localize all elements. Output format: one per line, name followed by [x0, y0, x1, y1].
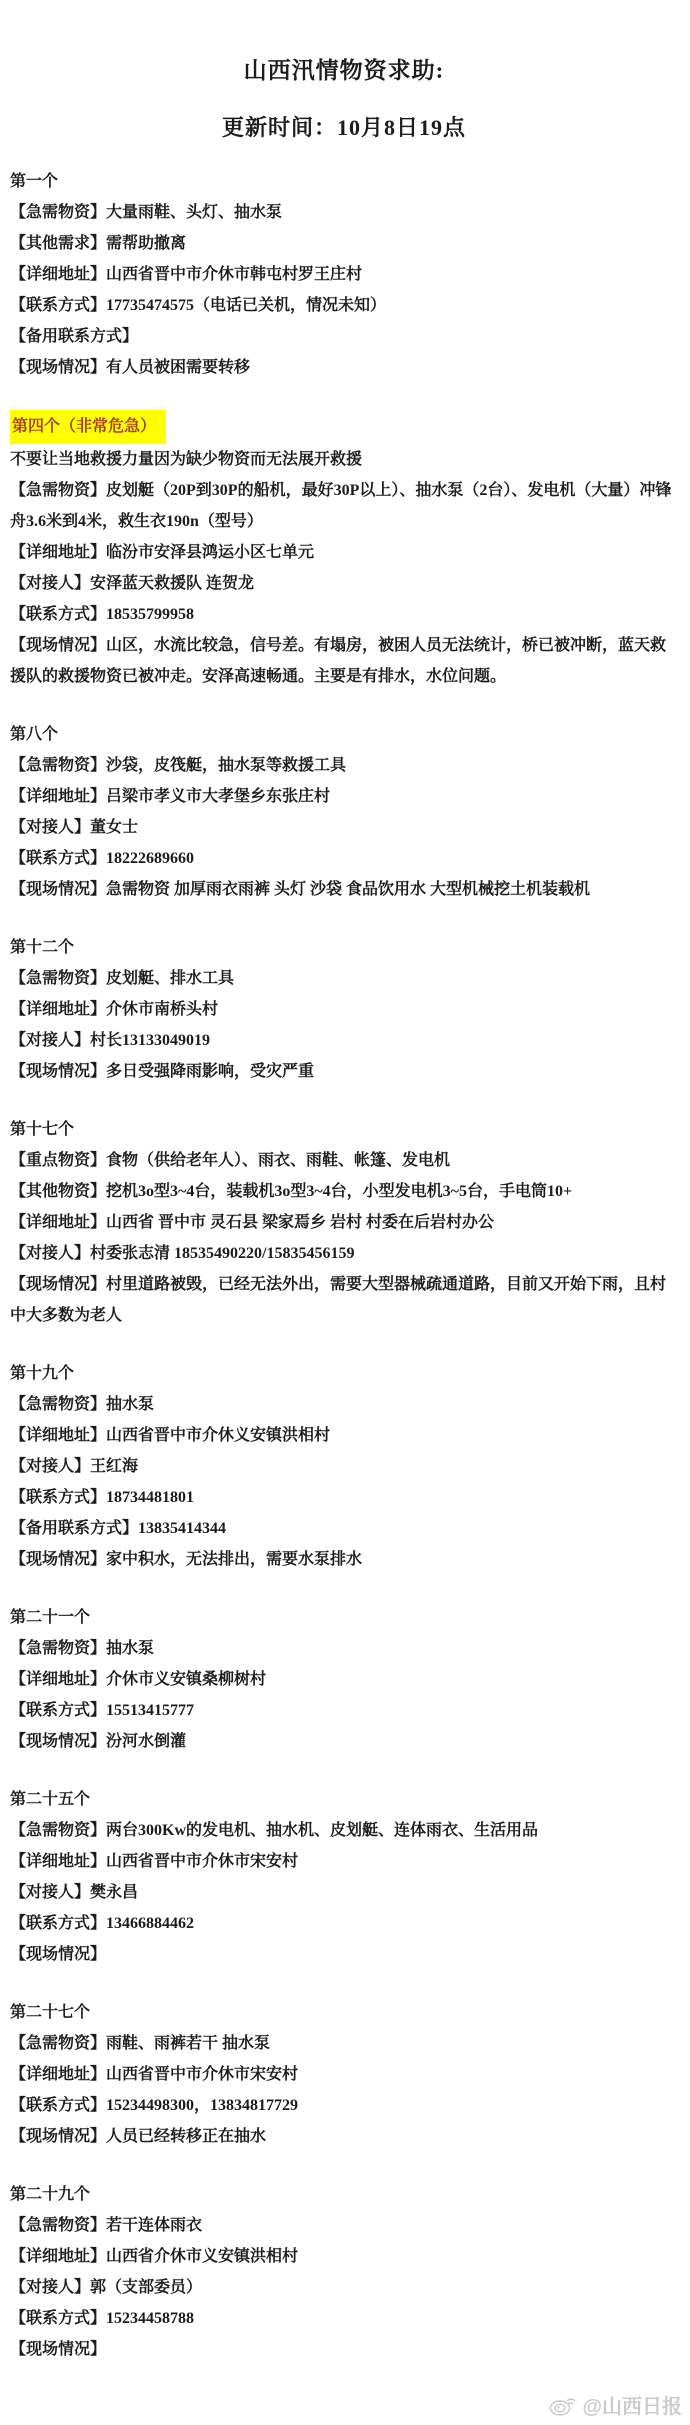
field-label: 【现场情况】	[10, 2128, 106, 2145]
field-label: 【急需物资】	[10, 2035, 106, 2052]
field-label: 【对接人】	[10, 1032, 90, 1049]
field-label: 【急需物资】	[10, 204, 106, 221]
field-line: 【详细地址】介休市南桥头村	[10, 994, 678, 1025]
field-line: 【急需物资】大量雨鞋、头灯、抽水泵	[10, 197, 678, 228]
field-value: 15234458788	[106, 2310, 194, 2327]
section-header: 第一个	[10, 166, 678, 197]
field-label: 【现场情况】	[10, 881, 106, 898]
section-header: 第二十七个	[10, 1997, 678, 2028]
field-line: 【详细地址】山西省晋中市介休市宋安村	[10, 2059, 678, 2090]
field-line: 【急需物资】抽水泵	[10, 1389, 678, 1420]
field-value: 抽水泵	[106, 1640, 154, 1657]
field-label: 【联系方式】	[10, 297, 106, 314]
field-value: 皮划艇、排水工具	[106, 970, 234, 987]
field-label: 【详细地址】	[10, 1671, 106, 1688]
sections: 第一个【急需物资】大量雨鞋、头灯、抽水泵【其他需求】需帮助撤离【详细地址】山西省…	[10, 166, 678, 2365]
field-label: 【急需物资】	[10, 1396, 106, 1413]
field-label: 【对接人】	[10, 1458, 90, 1475]
field-label: 【现场情况】	[10, 1063, 106, 1080]
field-value: 17735474575（电话已关机，情况未知）	[106, 297, 386, 314]
field-line: 【详细地址】山西省介休市义安镇洪相村	[10, 2241, 678, 2272]
field-line: 【对接人】村委张志清 18535490220/15835456159	[10, 1238, 678, 1269]
field-line: 【急需物资】抽水泵	[10, 1633, 678, 1664]
field-line: 【现场情况】	[10, 1939, 678, 1970]
field-value: 18734481801	[106, 1489, 194, 1506]
document: 山西汛情物资求助: 更新时间：10月8日19点 第一个【急需物资】大量雨鞋、头灯…	[0, 0, 690, 2425]
field-line: 【现场情况】人员已经转移正在抽水	[10, 2121, 678, 2152]
field-label: 【其他需求】	[10, 235, 106, 252]
field-line: 【对接人】郭（支部委员）	[10, 2272, 678, 2303]
field-label: 【现场情况】	[10, 2341, 106, 2358]
field-line: 【急需物资】若干连体雨衣	[10, 2210, 678, 2241]
field-value: 山西省晋中市介休义安镇洪相村	[106, 1427, 330, 1444]
field-label: 【现场情况】	[10, 637, 106, 654]
field-value: 大量雨鞋、头灯、抽水泵	[106, 204, 282, 221]
field-label: 【详细地址】	[10, 1214, 106, 1231]
field-label: 【急需物资】	[10, 970, 106, 987]
field-value: 山西省介休市义安镇洪相村	[106, 2248, 298, 2265]
field-label: 【对接人】	[10, 819, 90, 836]
field-value: 多日受强降雨影响，受灾严重	[106, 1063, 314, 1080]
field-label: 【对接人】	[10, 575, 90, 592]
field-value: 急需物资 加厚雨衣雨裤 头灯 沙袋 食品饮用水 大型机械挖土机装载机	[106, 881, 590, 898]
field-line: 【重点物资】食物（供给老年人）、雨衣、雨鞋、帐篷、发电机	[10, 1145, 678, 1176]
field-line: 【现场情况】急需物资 加厚雨衣雨裤 头灯 沙袋 食品饮用水 大型机械挖土机装载机	[10, 874, 678, 905]
page-title: 山西汛情物资求助:	[10, 52, 678, 85]
field-label: 【联系方式】	[10, 2097, 106, 2114]
field-label: 【急需物资】	[10, 757, 106, 774]
section-header-text: 第四个（非常危急）	[10, 410, 166, 444]
section-header: 第四个（非常危急）	[10, 410, 678, 444]
field-label: 【联系方式】	[10, 2310, 106, 2327]
field-label: 【联系方式】	[10, 1915, 106, 1932]
section-header-text: 第十二个	[10, 932, 74, 963]
field-value: 汾河水倒灌	[106, 1733, 186, 1750]
field-line: 【急需物资】雨鞋、雨裤若干 抽水泵	[10, 2028, 678, 2059]
request-section: 第十二个【急需物资】皮划艇、排水工具【详细地址】介休市南桥头村【对接人】村长13…	[10, 932, 678, 1087]
field-line: 【对接人】王红海	[10, 1451, 678, 1482]
field-line: 【其他需求】需帮助撤离	[10, 228, 678, 259]
section-header: 第十二个	[10, 932, 678, 963]
field-value: 山西省晋中市介休市宋安村	[106, 2066, 298, 2083]
field-line: 【急需物资】沙袋，皮筏艇，抽水泵等救援工具	[10, 750, 678, 781]
field-value: 15234498300，13834817729	[106, 2097, 298, 2114]
request-section: 第十七个【重点物资】食物（供给老年人）、雨衣、雨鞋、帐篷、发电机【其他物资】挖机…	[10, 1114, 678, 1331]
field-line: 【详细地址】山西省晋中市介休市宋安村	[10, 1846, 678, 1877]
request-section: 第十九个【急需物资】抽水泵【详细地址】山西省晋中市介休义安镇洪相村【对接人】王红…	[10, 1358, 678, 1575]
section-header-text: 第八个	[10, 719, 58, 750]
field-value: 村长13133049019	[90, 1032, 210, 1049]
field-value: 郭（支部委员）	[90, 2279, 202, 2296]
field-line: 【现场情况】有人员被困需要转移	[10, 352, 678, 383]
request-section: 第一个【急需物资】大量雨鞋、头灯、抽水泵【其他需求】需帮助撤离【详细地址】山西省…	[10, 166, 678, 383]
field-line: 【其他物资】挖机3o型3~4台，装载机3o型3~4台，小型发电机3~5台，手电筒…	[10, 1176, 678, 1207]
field-label: 【详细地址】	[10, 1853, 106, 1870]
field-label: 【备用联系方式】	[10, 328, 138, 345]
field-line: 【备用联系方式】13835414344	[10, 1513, 678, 1544]
section-header-text: 第二十一个	[10, 1602, 90, 1633]
field-label: 【急需物资】	[10, 482, 106, 499]
field-line: 【联系方式】15234458788	[10, 2303, 678, 2334]
field-label: 【联系方式】	[10, 606, 106, 623]
field-value: 13466884462	[106, 1915, 194, 1932]
field-value: 山西省晋中市介休市韩屯村罗王庄村	[106, 266, 362, 283]
field-value: 村里道路被毁，已经无法外出，需要大型器械疏通道路，目前又开始下雨，且村中大多数为…	[10, 1276, 666, 1324]
field-line: 【联系方式】17735474575（电话已关机，情况未知）	[10, 290, 678, 321]
request-section: 第二十九个【急需物资】若干连体雨衣【详细地址】山西省介休市义安镇洪相村【对接人】…	[10, 2179, 678, 2365]
field-line: 【联系方式】18222689660	[10, 843, 678, 874]
field-line: 【现场情况】汾河水倒灌	[10, 1726, 678, 1757]
field-value: 吕梁市孝义市大孝堡乡东张庄村	[106, 788, 330, 805]
field-line: 【详细地址】山西省晋中市介休市韩屯村罗王庄村	[10, 259, 678, 290]
field-value: 樊永昌	[90, 1884, 138, 1901]
field-label: 【详细地址】	[10, 2248, 106, 2265]
field-value: 介休市义安镇桑柳树村	[106, 1671, 266, 1688]
watermark-text: @山西日报	[582, 2390, 682, 2419]
field-label: 【详细地址】	[10, 266, 106, 283]
field-label: 【详细地址】	[10, 544, 106, 561]
field-label: 【现场情况】	[10, 1276, 106, 1293]
field-value: 有人员被困需要转移	[106, 359, 250, 376]
field-value: 山西省 晋中市 灵石县 梁家焉乡 岩村 村委在后岩村办公	[106, 1214, 494, 1231]
field-value: 18222689660	[106, 850, 194, 867]
field-value: 王红海	[90, 1458, 138, 1475]
field-label: 【重点物资】	[10, 1152, 106, 1169]
section-header-text: 第二十九个	[10, 2179, 90, 2210]
request-section: 第二十一个【急需物资】抽水泵【详细地址】介休市义安镇桑柳树村【联系方式】1551…	[10, 1602, 678, 1757]
field-label: 【对接人】	[10, 1245, 90, 1262]
field-line: 【对接人】樊永昌	[10, 1877, 678, 1908]
field-label: 【急需物资】	[10, 1640, 106, 1657]
field-line: 【对接人】安泽蓝天救援队 连贺龙	[10, 568, 678, 599]
field-line: 【现场情况】多日受强降雨影响，受灾严重	[10, 1056, 678, 1087]
request-section: 第二十五个【急需物资】两台300Kw的发电机、抽水机、皮划艇、连体雨衣、生活用品…	[10, 1784, 678, 1970]
field-value: 安泽蓝天救援队 连贺龙	[90, 575, 254, 592]
field-value: 董女士	[90, 819, 138, 836]
field-value: 临汾市安泽县鸿运小区七单元	[106, 544, 314, 561]
weibo-icon	[548, 2393, 578, 2417]
field-value: 食物（供给老年人）、雨衣、雨鞋、帐篷、发电机	[106, 1152, 450, 1169]
field-label: 【联系方式】	[10, 1702, 106, 1719]
field-value: 若干连体雨衣	[106, 2217, 202, 2234]
field-line: 【急需物资】两台300Kw的发电机、抽水机、皮划艇、连体雨衣、生活用品	[10, 1815, 678, 1846]
field-line: 【联系方式】15234498300，13834817729	[10, 2090, 678, 2121]
update-time: 更新时间：10月8日19点	[10, 111, 678, 142]
field-value: 家中积水，无法排出，需要水泵排水	[106, 1551, 362, 1568]
section-note: 不要让当地救援力量因为缺少物资而无法展开救援	[10, 444, 678, 475]
field-line: 【现场情况】家中积水，无法排出，需要水泵排水	[10, 1544, 678, 1575]
field-label: 【对接人】	[10, 2279, 90, 2296]
field-label: 【其他物资】	[10, 1183, 106, 1200]
field-value: 沙袋，皮筏艇，抽水泵等救援工具	[106, 757, 346, 774]
watermark: @山西日报	[548, 2390, 682, 2419]
section-header: 第十九个	[10, 1358, 678, 1389]
field-line: 【联系方式】15513415777	[10, 1695, 678, 1726]
field-line: 【联系方式】18734481801	[10, 1482, 678, 1513]
field-label: 【备用联系方式】	[10, 1520, 138, 1537]
section-header: 第二十一个	[10, 1602, 678, 1633]
field-value: 两台300Kw的发电机、抽水机、皮划艇、连体雨衣、生活用品	[106, 1822, 538, 1839]
section-header: 第十七个	[10, 1114, 678, 1145]
field-label: 【急需物资】	[10, 1822, 106, 1839]
field-value: 人员已经转移正在抽水	[106, 2128, 266, 2145]
field-label: 【现场情况】	[10, 1551, 106, 1568]
section-header-text: 第十九个	[10, 1358, 74, 1389]
field-value: 介休市南桥头村	[106, 1001, 218, 1018]
field-line: 【现场情况】	[10, 2334, 678, 2365]
field-label: 【详细地址】	[10, 788, 106, 805]
field-label: 【急需物资】	[10, 2217, 106, 2234]
field-line: 【联系方式】13466884462	[10, 1908, 678, 1939]
field-value: 村委张志清 18535490220/15835456159	[90, 1245, 354, 1262]
section-header-text: 第一个	[10, 166, 58, 197]
section-header: 第二十九个	[10, 2179, 678, 2210]
request-section: 第四个（非常危急）不要让当地救援力量因为缺少物资而无法展开救援【急需物资】皮划艇…	[10, 410, 678, 692]
field-line: 【现场情况】村里道路被毁，已经无法外出，需要大型器械疏通道路，目前又开始下雨，且…	[10, 1269, 678, 1331]
field-line: 【对接人】董女士	[10, 812, 678, 843]
field-line: 【急需物资】皮划艇（20P到30P的船机，最好30P以上）、抽水泵（2台）、发电…	[10, 475, 678, 537]
field-line: 【详细地址】介休市义安镇桑柳树村	[10, 1664, 678, 1695]
request-section: 第八个【急需物资】沙袋，皮筏艇，抽水泵等救援工具【详细地址】吕梁市孝义市大孝堡乡…	[10, 719, 678, 905]
field-value: 需帮助撤离	[106, 235, 186, 252]
field-line: 【详细地址】山西省 晋中市 灵石县 梁家焉乡 岩村 村委在后岩村办公	[10, 1207, 678, 1238]
field-value: 山西省晋中市介休市宋安村	[106, 1853, 298, 1870]
field-line: 【详细地址】吕梁市孝义市大孝堡乡东张庄村	[10, 781, 678, 812]
field-label: 【现场情况】	[10, 1946, 106, 1963]
field-label: 【详细地址】	[10, 2066, 106, 2083]
field-line: 【急需物资】皮划艇、排水工具	[10, 963, 678, 994]
section-header: 第二十五个	[10, 1784, 678, 1815]
field-label: 【详细地址】	[10, 1001, 106, 1018]
field-value: 抽水泵	[106, 1396, 154, 1413]
field-line: 【对接人】村长13133049019	[10, 1025, 678, 1056]
field-label: 【对接人】	[10, 1884, 90, 1901]
field-value: 皮划艇（20P到30P的船机，最好30P以上）、抽水泵（2台）、发电机（大量）冲…	[10, 482, 671, 530]
section-header-text: 第二十七个	[10, 1997, 90, 2028]
request-section: 第二十七个【急需物资】雨鞋、雨裤若干 抽水泵【详细地址】山西省晋中市介休市宋安村…	[10, 1997, 678, 2152]
field-value: 雨鞋、雨裤若干 抽水泵	[106, 2035, 270, 2052]
section-header-text: 第十七个	[10, 1114, 74, 1145]
field-label: 【联系方式】	[10, 1489, 106, 1506]
field-value: 山区，水流比较急，信号差。有塌房，被困人员无法统计，桥已被冲断，蓝天救援队的救援…	[10, 637, 666, 685]
field-label: 【联系方式】	[10, 850, 106, 867]
field-line: 【详细地址】临汾市安泽县鸿运小区七单元	[10, 537, 678, 568]
field-value: 15513415777	[106, 1702, 194, 1719]
field-value: 挖机3o型3~4台，装载机3o型3~4台，小型发电机3~5台，手电筒10+	[106, 1183, 572, 1200]
field-label: 【现场情况】	[10, 359, 106, 376]
field-line: 【现场情况】山区，水流比较急，信号差。有塌房，被困人员无法统计，桥已被冲断，蓝天…	[10, 630, 678, 692]
field-line: 【详细地址】山西省晋中市介休义安镇洪相村	[10, 1420, 678, 1451]
field-value: 18535799958	[106, 606, 194, 623]
field-label: 【现场情况】	[10, 1733, 106, 1750]
field-line: 【联系方式】18535799958	[10, 599, 678, 630]
field-label: 【详细地址】	[10, 1427, 106, 1444]
field-line: 【备用联系方式】	[10, 321, 678, 352]
section-header: 第八个	[10, 719, 678, 750]
field-value: 13835414344	[138, 1520, 226, 1537]
section-header-text: 第二十五个	[10, 1784, 90, 1815]
